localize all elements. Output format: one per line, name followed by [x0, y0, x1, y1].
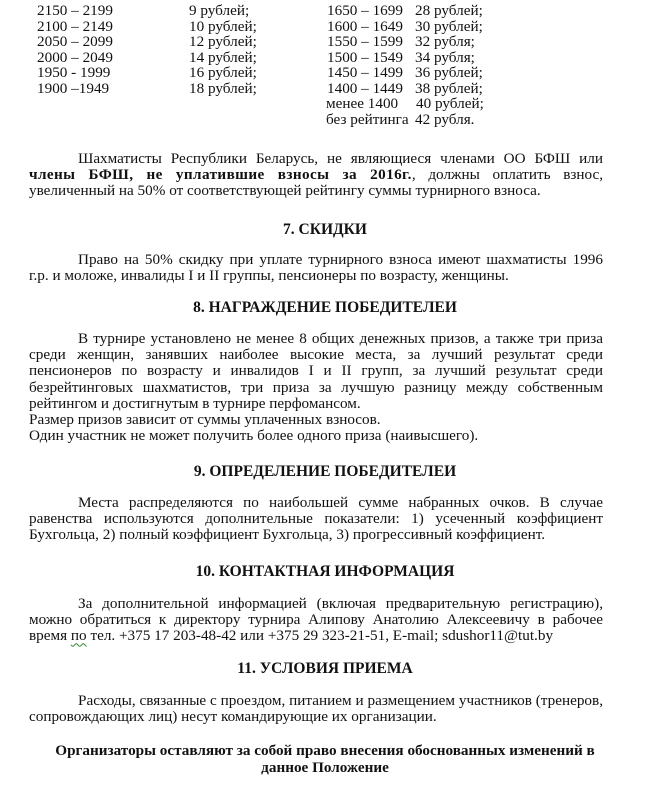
non-member-text: Шахматисты Республики Беларусь, не являю… — [78, 150, 603, 167]
awards-one-prize: Один участник не может получить более од… — [29, 428, 603, 444]
section-heading-conditions: 11. УСЛОВИЯ ПРИЕМА — [0, 660, 650, 678]
fee-amount: 40 рублей; — [416, 96, 484, 112]
rating-range: 1600 – 1649 — [327, 19, 403, 35]
rating-range: 2100 – 2149 — [37, 19, 113, 35]
fee-amount: 18 рублей; — [189, 81, 257, 97]
awards-text: В турнире установлено не менее 8 общих д… — [29, 331, 603, 412]
awards-prize-size: Размер призов зависит от суммы уплаченны… — [29, 412, 603, 428]
fee-amount: 42 рубля. — [415, 112, 474, 128]
section-discounts: Право на 50% скидку при уплате турнирног… — [29, 252, 603, 284]
contacts-phone-email: тел. +375 17 203-48-42 или +375 29 323-2… — [87, 627, 553, 644]
spellcheck-flagged-word: по — [71, 627, 87, 644]
fee-amount: 10 рублей; — [189, 19, 257, 35]
conditions-text: Расходы, связанные с проездом, питанием … — [29, 693, 603, 725]
rating-range: 2000 – 2049 — [37, 50, 113, 66]
section-contacts: За дополнительной информацией (включая п… — [29, 596, 603, 645]
fee-amount: 12 рублей; — [189, 34, 257, 50]
fee-table-row: 2050 – 209912 рублей;1550 – 159932 рубля… — [0, 34, 650, 50]
winners-text: Места распределяются по наибольшей сумме… — [29, 495, 603, 544]
rating-range: менее 1400 — [326, 96, 398, 112]
section-heading-contacts: 10. КОНТАКТНАЯ ИНФОРМАЦИЯ — [0, 563, 650, 581]
fee-amount: 14 рублей; — [189, 50, 257, 66]
fee-table-row: без рейтинга42 рубля. — [0, 112, 650, 128]
fee-amount: 9 рублей; — [189, 3, 249, 19]
section-awards: В турнире установлено не менее 8 общих д… — [29, 331, 603, 444]
rating-range: 1900 –1949 — [37, 81, 109, 97]
section-conditions: Расходы, связанные с проездом, питанием … — [29, 693, 603, 725]
closing-note-line-2: данное Положение — [0, 759, 650, 776]
non-member-bold-text: члены БФШ, не уплатившие взносы за 2016г… — [29, 166, 412, 183]
section-heading-awards: 8. НАГРАЖДЕНИЕ ПОБЕДИТЕЛЕИ — [0, 299, 650, 317]
fee-table-row: 2150 – 21999 рублей;1650 – 169928 рублей… — [0, 3, 650, 19]
rating-range: 1650 – 1699 — [327, 3, 403, 19]
rating-range: 1950 - 1999 — [37, 65, 110, 81]
rating-range: 2050 – 2099 — [37, 34, 113, 50]
rating-range: без рейтинга — [326, 112, 409, 128]
rating-range: 2150 – 2199 — [37, 3, 113, 19]
section-heading-discounts: 7. СКИДКИ — [0, 221, 650, 239]
fee-table-row: 1900 –194918 рублей;1400 – 144938 рублей… — [0, 81, 650, 97]
rating-range: 1500 – 1549 — [327, 50, 403, 66]
fee-amount: 34 рубля; — [415, 50, 475, 66]
fee-amount: 36 рублей; — [415, 65, 483, 81]
fee-amount: 38 рублей; — [415, 81, 483, 97]
fee-amount: 16 рублей; — [189, 65, 257, 81]
rating-range: 1450 – 1499 — [327, 65, 403, 81]
closing-note: Организаторы оставляют за собой право вн… — [0, 742, 650, 776]
fee-table-row: 2000 – 204914 рублей;1500 – 154934 рубля… — [0, 50, 650, 66]
discounts-text: Право на 50% скидку при уплате турнирног… — [29, 252, 603, 284]
fee-table-row: менее 140040 рублей; — [0, 96, 650, 112]
section-winners: Места распределяются по наибольшей сумме… — [29, 495, 603, 544]
fee-amount: 28 рублей; — [415, 3, 483, 19]
fee-amount: 30 рублей; — [415, 19, 483, 35]
rating-range: 1400 – 1449 — [327, 81, 403, 97]
non-member-note: Шахматисты Республики Беларусь, не являю… — [29, 151, 603, 200]
closing-note-line-1: Организаторы оставляют за собой право вн… — [0, 742, 650, 759]
entry-fee-table: 2150 – 21999 рублей;1650 – 169928 рублей… — [0, 3, 650, 127]
fee-amount: 32 рубля; — [415, 34, 475, 50]
fee-table-row: 2100 – 214910 рублей;1600 – 164930 рубле… — [0, 19, 650, 35]
rating-range: 1550 – 1599 — [327, 34, 403, 50]
fee-table-row: 1950 - 199916 рублей;1450 – 149936 рубле… — [0, 65, 650, 81]
section-heading-winners: 9. ОПРЕДЕЛЕНИЕ ПОБЕДИТЕЛЕИ — [0, 463, 650, 481]
